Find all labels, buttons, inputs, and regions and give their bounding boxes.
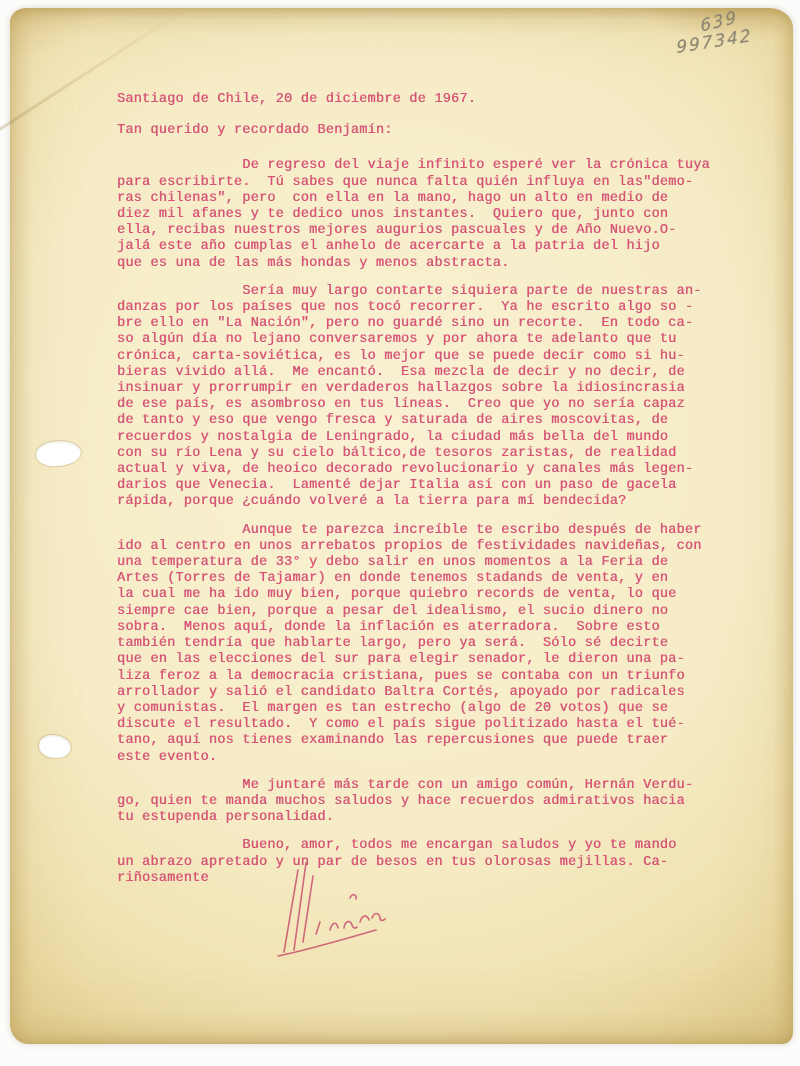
letter-paragraph-4: Me juntaré más tarde con un amigo común,…	[117, 778, 727, 827]
letter-body: Santiago de Chile, 20 de diciembre de 19…	[117, 92, 727, 899]
hole-punch-bottom	[38, 734, 72, 759]
letter-paragraph-2: Sería muy largo contarte siquiera parte …	[117, 284, 727, 511]
letter-paragraph-1: De regreso del viaje infinito esperé ver…	[117, 158, 727, 271]
letter-paragraph-3: Aunque te parezca increíble te escribo d…	[117, 523, 727, 766]
signature-handwriting	[268, 850, 488, 980]
hole-punch-top	[35, 439, 82, 469]
archival-number-bottom: 997342	[676, 26, 753, 58]
scanned-letter-page: 639 997342 Santiago de Chile, 20 de dici…	[0, 0, 800, 1066]
letter-paper: 639 997342 Santiago de Chile, 20 de dici…	[10, 8, 793, 1044]
salutation: Tan querido y recordado Benjamín:	[117, 123, 727, 139]
dateline: Santiago de Chile, 20 de diciembre de 19…	[117, 92, 727, 108]
